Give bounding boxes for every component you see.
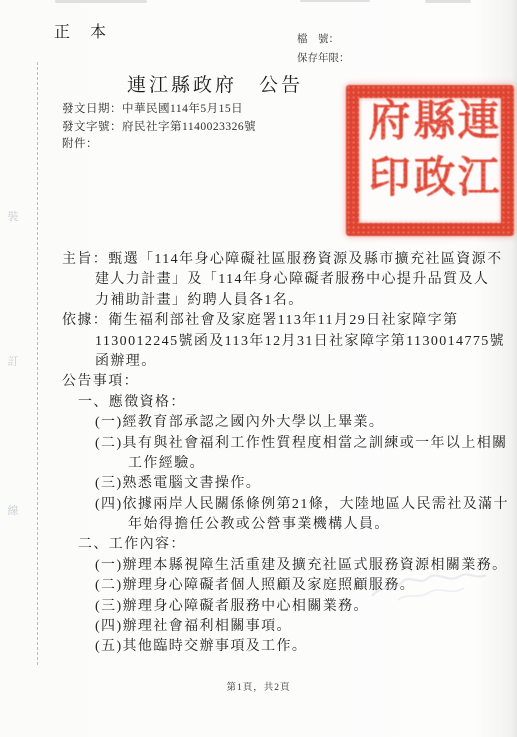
body-line: 1130012245號函及113年12月31日社家障字第1130014775號	[95, 332, 507, 352]
body-line: 主旨：甄選「114年身心障礙社區服務資源及縣市擴充社區資源不	[62, 250, 507, 270]
body-line: 依據：衛生福利部社會及家庭署113年11月29日社家障字第	[62, 311, 507, 331]
body-line: (二)具有與社會福利工作性質程度相當之訓練或一年以上相關	[95, 434, 507, 454]
binding-line	[37, 62, 38, 665]
body-line: 年始得擔任公教或公營事業機構人員。	[128, 515, 507, 535]
scan-artifact	[425, 0, 471, 3]
seal-column: 縣政	[409, 97, 451, 223]
seal-characters: 連江 縣政 府印	[359, 98, 501, 223]
issue-date: 發文日期：中華民國114年5月15日	[62, 101, 256, 119]
document-page: 裝 訂 線 正 本 檔 號： 保存年限： 連江縣政府 公告 發文日期：中華民國1…	[0, 0, 517, 737]
binding-margin-char: 訂	[6, 353, 20, 369]
doc-number: 發文字號：府民社字第1140023326號	[62, 119, 256, 137]
body-line: (三)熟悉電腦文書操作。	[95, 474, 507, 494]
body-line: (一)經教育部承認之國內外大學以上畢業。	[95, 413, 507, 433]
body-line: (四)依據兩岸人民關係條例第21條，大陸地區人民需社及滿十	[95, 495, 507, 515]
retention-period-label: 保存年限：	[297, 49, 350, 68]
scan-artifact	[300, 0, 370, 2]
body-line: 二、工作內容：	[78, 535, 507, 555]
file-fields: 檔 號： 保存年限：	[297, 30, 350, 68]
binding-margin-char: 裝	[6, 208, 20, 224]
body-line: 建人力計畫」及「114年身心障礙者服務中心提升品質及人	[95, 270, 507, 290]
page-number: 第1頁，共2頁	[0, 679, 517, 693]
body-line: 一、應徵資格：	[78, 393, 507, 413]
body-line: 力補助計畫」約聘人員各1名。	[95, 291, 507, 311]
scan-artifact	[55, 0, 147, 3]
document-meta: 發文日期：中華民國114年5月15日 發文字號：府民社字第1140023326號…	[62, 101, 256, 154]
file-number-label: 檔 號：	[297, 30, 350, 49]
copy-type-label: 正 本	[54, 19, 108, 42]
official-seal-stamp: 連江 縣政 府印	[346, 85, 514, 236]
body-line: 函辦理。	[95, 352, 507, 372]
attachment-label: 附件：	[62, 136, 256, 154]
seal-column: 府印	[365, 97, 407, 223]
seal-column: 連江	[454, 97, 496, 223]
ink-bleedthrough-mark	[368, 566, 498, 623]
body-line: (五)其他臨時交辦事項及工作。	[95, 637, 507, 657]
binding-margin-char: 線	[6, 502, 20, 518]
body-line: 工作經驗。	[128, 454, 507, 474]
body-line: 公告事項：	[62, 372, 507, 392]
